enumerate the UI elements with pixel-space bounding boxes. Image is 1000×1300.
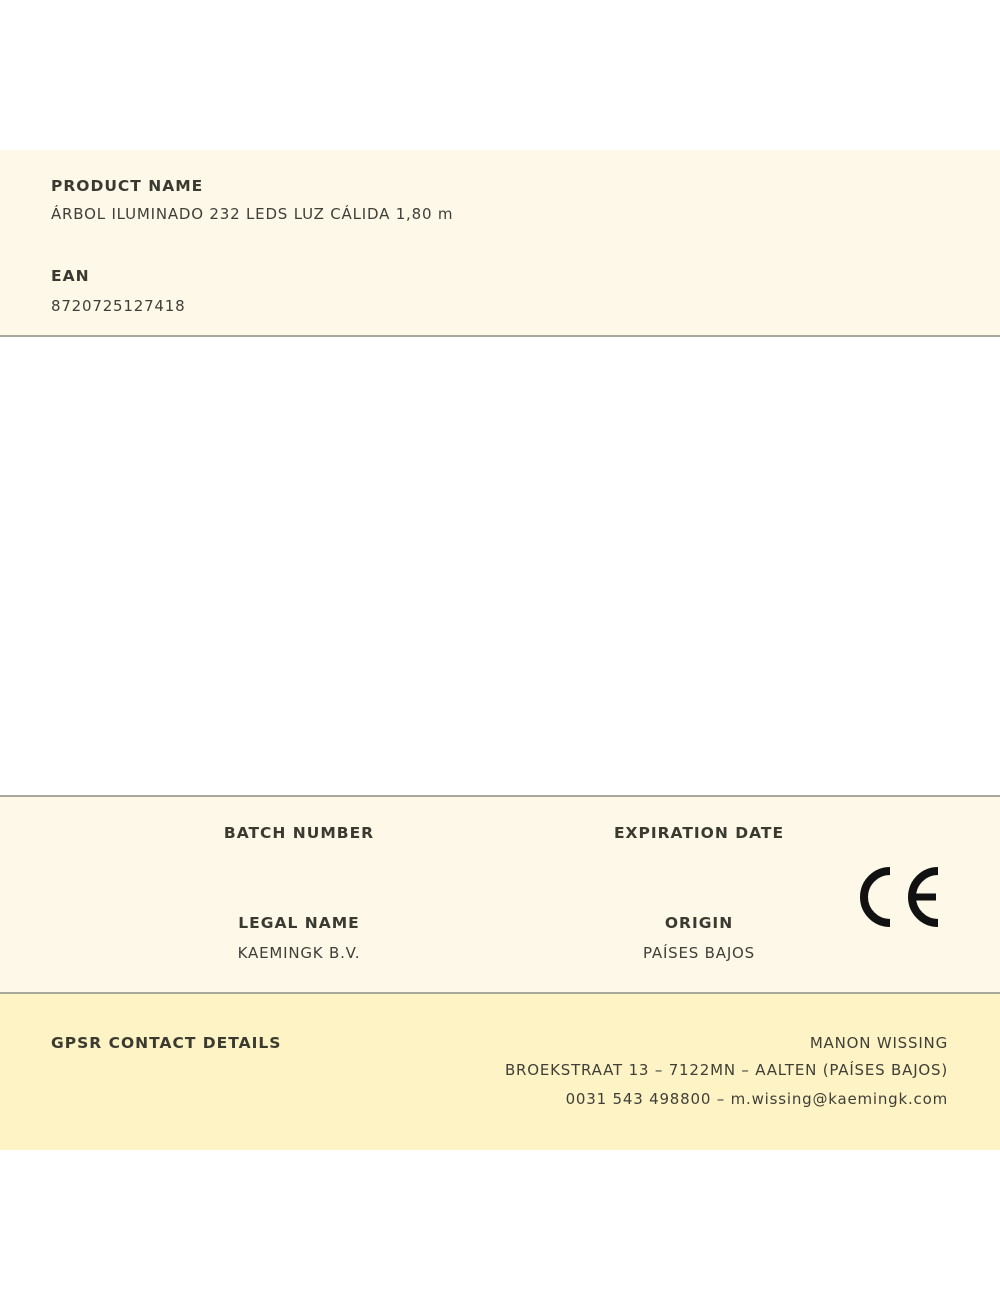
product-info-panel: PRODUCT NAME ÁRBOL ILUMINADO 232 LEDS LU… xyxy=(0,150,1000,337)
product-name-value: ÁRBOL ILUMINADO 232 LEDS LUZ CÁLIDA 1,80… xyxy=(51,205,453,223)
details-panel: BATCH NUMBER EXPIRATION DATE LEGAL NAME … xyxy=(0,795,1000,994)
batch-number-label: BATCH NUMBER xyxy=(224,824,374,842)
ean-label: EAN xyxy=(51,267,90,285)
origin-label: ORIGIN xyxy=(665,914,733,932)
product-name-label: PRODUCT NAME xyxy=(51,177,203,195)
contact-address: BROEKSTRAAT 13 – 7122MN – AALTEN (PAÍSES… xyxy=(505,1061,948,1079)
ce-mark-icon xyxy=(858,867,942,927)
origin-value: PAÍSES BAJOS xyxy=(643,944,755,962)
contact-name: MANON WISSING xyxy=(810,1034,948,1052)
expiration-date-label: EXPIRATION DATE xyxy=(614,824,784,842)
contact-phone-email: 0031 543 498800 – m.wissing@kaemingk.com xyxy=(566,1090,948,1108)
gpsr-contact-label: GPSR CONTACT DETAILS xyxy=(51,1034,281,1052)
legal-name-label: LEGAL NAME xyxy=(238,914,359,932)
legal-name-value: KAEMINGK B.V. xyxy=(238,944,361,962)
ean-value: 8720725127418 xyxy=(51,297,185,315)
gpsr-contact-panel: GPSR CONTACT DETAILS MANON WISSING BROEK… xyxy=(0,994,1000,1150)
